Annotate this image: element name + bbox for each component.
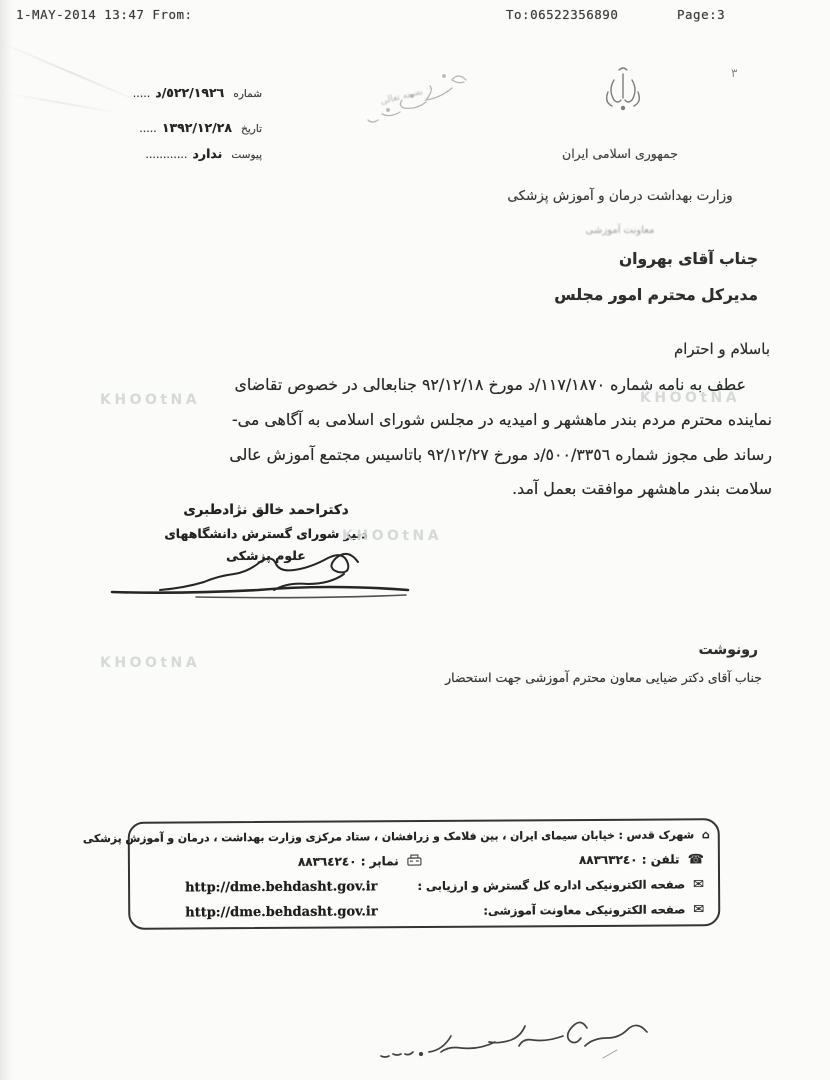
attachment-label: پیوست [231, 149, 262, 161]
signer-name: دکتراحمد خالق نژادطبری [110, 502, 422, 518]
scan-left-edge-shadow [0, 0, 12, 1080]
dotted-line: ..... [133, 87, 150, 100]
watermark: KHOOtNA [342, 528, 442, 544]
web1-url: http://dme.behdasht.gov.ir [185, 879, 378, 895]
dotted-line: ..... [139, 122, 156, 135]
fax-to-number: To:06522356890 [506, 7, 618, 22]
fax-page-number: Page:3 [677, 7, 725, 22]
number-label: شماره [233, 88, 262, 100]
phone-icon: ☎ [688, 852, 704, 867]
footer-web2: ✉ صفحه الکترونیکی معاونت آموزشی: [483, 902, 704, 918]
phone-label: تلفن : [642, 852, 680, 866]
footer-address-row: ⌂ شهرک قدس : خیابان سیمای ایران ، بین فل… [138, 828, 710, 844]
body-line-4: سلامت بندر ماهشهر موافقت بعمل آمد. [56, 479, 772, 498]
body-line-3: رساند طی مجوز شماره ٥٠٠/٣٣٥٦/د مورخ ٩٢/١… [56, 445, 772, 464]
letterhead-ministry-title: وزارت بهداشت درمان و آموزش پزشکی [486, 188, 754, 204]
letterhead-country-title: جمهوری اسلامی ایران [520, 146, 720, 161]
salutation: باسلام و احترام [674, 340, 770, 358]
phone-number: ٨٨٣٦٣٢٤٠ [579, 853, 638, 867]
recipient-title: مدیرکل محترم امور مجلس [554, 286, 758, 304]
web2-label: صفحه الکترونیکی معاونت آموزشی: [483, 902, 685, 917]
dotted-line: ............ [145, 148, 187, 161]
date-label: تاریخ [241, 123, 262, 135]
fax-datetime-from: 1-MAY-2014 13:47 From: [16, 7, 193, 22]
number-value: ٥٢٢/١٩٢٦/د [155, 85, 224, 100]
iran-national-emblem-icon [594, 64, 652, 138]
cc-heading: رونوشت [699, 642, 758, 658]
watermark: KHOOtNA [100, 392, 200, 408]
handwritten-page-mark: ٣ [731, 66, 737, 80]
address-icon: ⌂ [702, 828, 710, 841]
date-value: ١٣٩٢/١٢/٢٨ [162, 120, 232, 135]
watermark: KHOOtNA [100, 655, 200, 671]
footer-fax: نمابر : ٨٨٣٦٤٢٤٠ [298, 854, 422, 869]
attachment-value: ندارد [192, 146, 222, 161]
bismillah-handwriting [348, 62, 498, 140]
envelope-icon: ✉ [693, 877, 704, 892]
ref-row-number: شماره ٥٢٢/١٩٢٦/د ..... [28, 82, 262, 101]
web1-label: صفحه الکترونیکی اداره کل گسترش و ارزیابی… [417, 877, 685, 893]
body-line-2: نماینده محترم مردم بندر ماهشهر و امیدیه … [56, 410, 772, 429]
fax-label: نمابر : [361, 854, 399, 868]
footer-web1: ✉ صفحه الکترونیکی اداره کل گسترش و ارزیا… [417, 877, 704, 894]
handwritten-note [355, 1002, 665, 1074]
cc-recipient-line: جناب آقای دکتر ضیایی معاون محترم آموزشی … [445, 670, 762, 685]
envelope-icon: ✉ [693, 902, 704, 917]
web2-url: http://dme.behdasht.gov.ir [185, 904, 378, 920]
scanned-fax-document: { "fax_header": { "from_text": "1-MAY-20… [0, 0, 830, 1080]
fax-machine-icon [407, 854, 422, 866]
footer-contact-box: ⌂ شهرک قدس : خیابان سیمای ایران ، بین فل… [128, 818, 721, 930]
handwritten-signature [108, 540, 420, 602]
fax-number: ٨٨٣٦٤٢٤٠ [298, 854, 357, 868]
footer-address-text: شهرک قدس : خیابان سیمای ایران ، بین فلام… [83, 828, 694, 845]
ref-row-attachment: پیوست ندارد ............ [28, 143, 262, 162]
letterhead-subline: معاونت آموزشی [545, 225, 695, 236]
watermark: KHOOtNA [640, 390, 740, 406]
ref-row-date: تاریخ ١٣٩٢/١٢/٢٨ ..... [28, 117, 262, 136]
recipient-name: جناب آقای بهروان [619, 250, 758, 268]
footer-phone: ☎ تلفن : ٨٨٣٦٣٢٤٠ [579, 852, 704, 868]
